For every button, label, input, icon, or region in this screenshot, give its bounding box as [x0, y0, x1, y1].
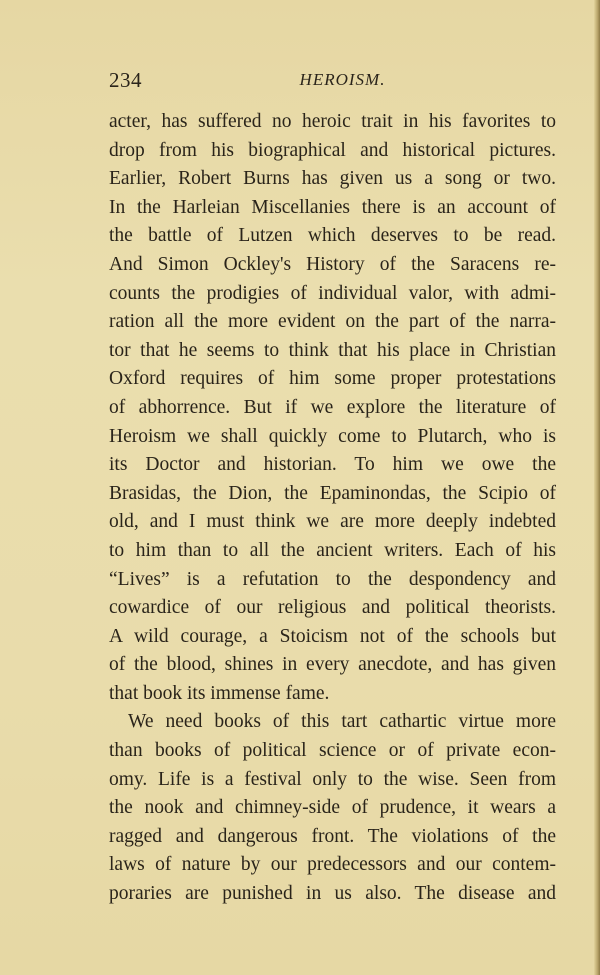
text-line: A wild courage, a Stoicism not of the sc…	[109, 623, 556, 652]
text-line: than books of political science or of pr…	[109, 737, 556, 766]
text-line: to him than to all the ancient writers. …	[109, 537, 556, 566]
text-line: Heroism we shall quickly come to Plutarc…	[109, 423, 556, 452]
text-line: drop from his biographical and historica…	[109, 137, 556, 166]
text-line: acter, has suffered no heroic trait in h…	[109, 108, 556, 137]
text-line: In the Harleian Miscellanies there is an…	[109, 194, 556, 223]
text-line: Brasidas, the Dion, the Epaminondas, the…	[109, 480, 556, 509]
paragraph-end-line: that book its immense fame.	[109, 680, 556, 709]
text-line: Earlier, Robert Burns has given us a son…	[109, 165, 556, 194]
text-line: of abhorrence. But if we explore the lit…	[109, 394, 556, 423]
text-line: ragged and dangerous front. The violatio…	[109, 823, 556, 852]
text-line: cowardice of our religious and political…	[109, 594, 556, 623]
text-line: “Lives” is a refutation to the desponden…	[109, 566, 556, 595]
text-line: ration all the more evident on the part …	[109, 308, 556, 337]
book-page: 234 HEROISM. acter, has suffered no hero…	[0, 0, 600, 975]
running-head: 234 HEROISM.	[109, 66, 556, 94]
running-title: HEROISM.	[109, 66, 556, 94]
text-line: And Simon Ockley's History of the Sarace…	[109, 251, 556, 280]
binding-edge-shadow	[594, 0, 600, 975]
text-line: laws of nature by our predecessors and o…	[109, 851, 556, 880]
text-line: old, and I must think we are more deeply…	[109, 508, 556, 537]
paragraph-start-line: We need books of this tart cathartic vir…	[109, 708, 556, 737]
text-line: its Doctor and historian. To him we owe …	[109, 451, 556, 480]
text-line: omy. Life is a festival only to the wise…	[109, 766, 556, 795]
text-line: counts the prodigies of individual valor…	[109, 280, 556, 309]
text-line: the nook and chimney-side of prudence, i…	[109, 794, 556, 823]
text-line: Oxford requires of him some proper prote…	[109, 365, 556, 394]
body-text: acter, has suffered no heroic trait in h…	[109, 108, 556, 909]
text-line: of the blood, shines in every anecdote, …	[109, 651, 556, 680]
text-line: tor that he seems to think that his plac…	[109, 337, 556, 366]
text-line: poraries are punished in us also. The di…	[109, 880, 556, 909]
text-line: the battle of Lutzen which deserves to b…	[109, 222, 556, 251]
